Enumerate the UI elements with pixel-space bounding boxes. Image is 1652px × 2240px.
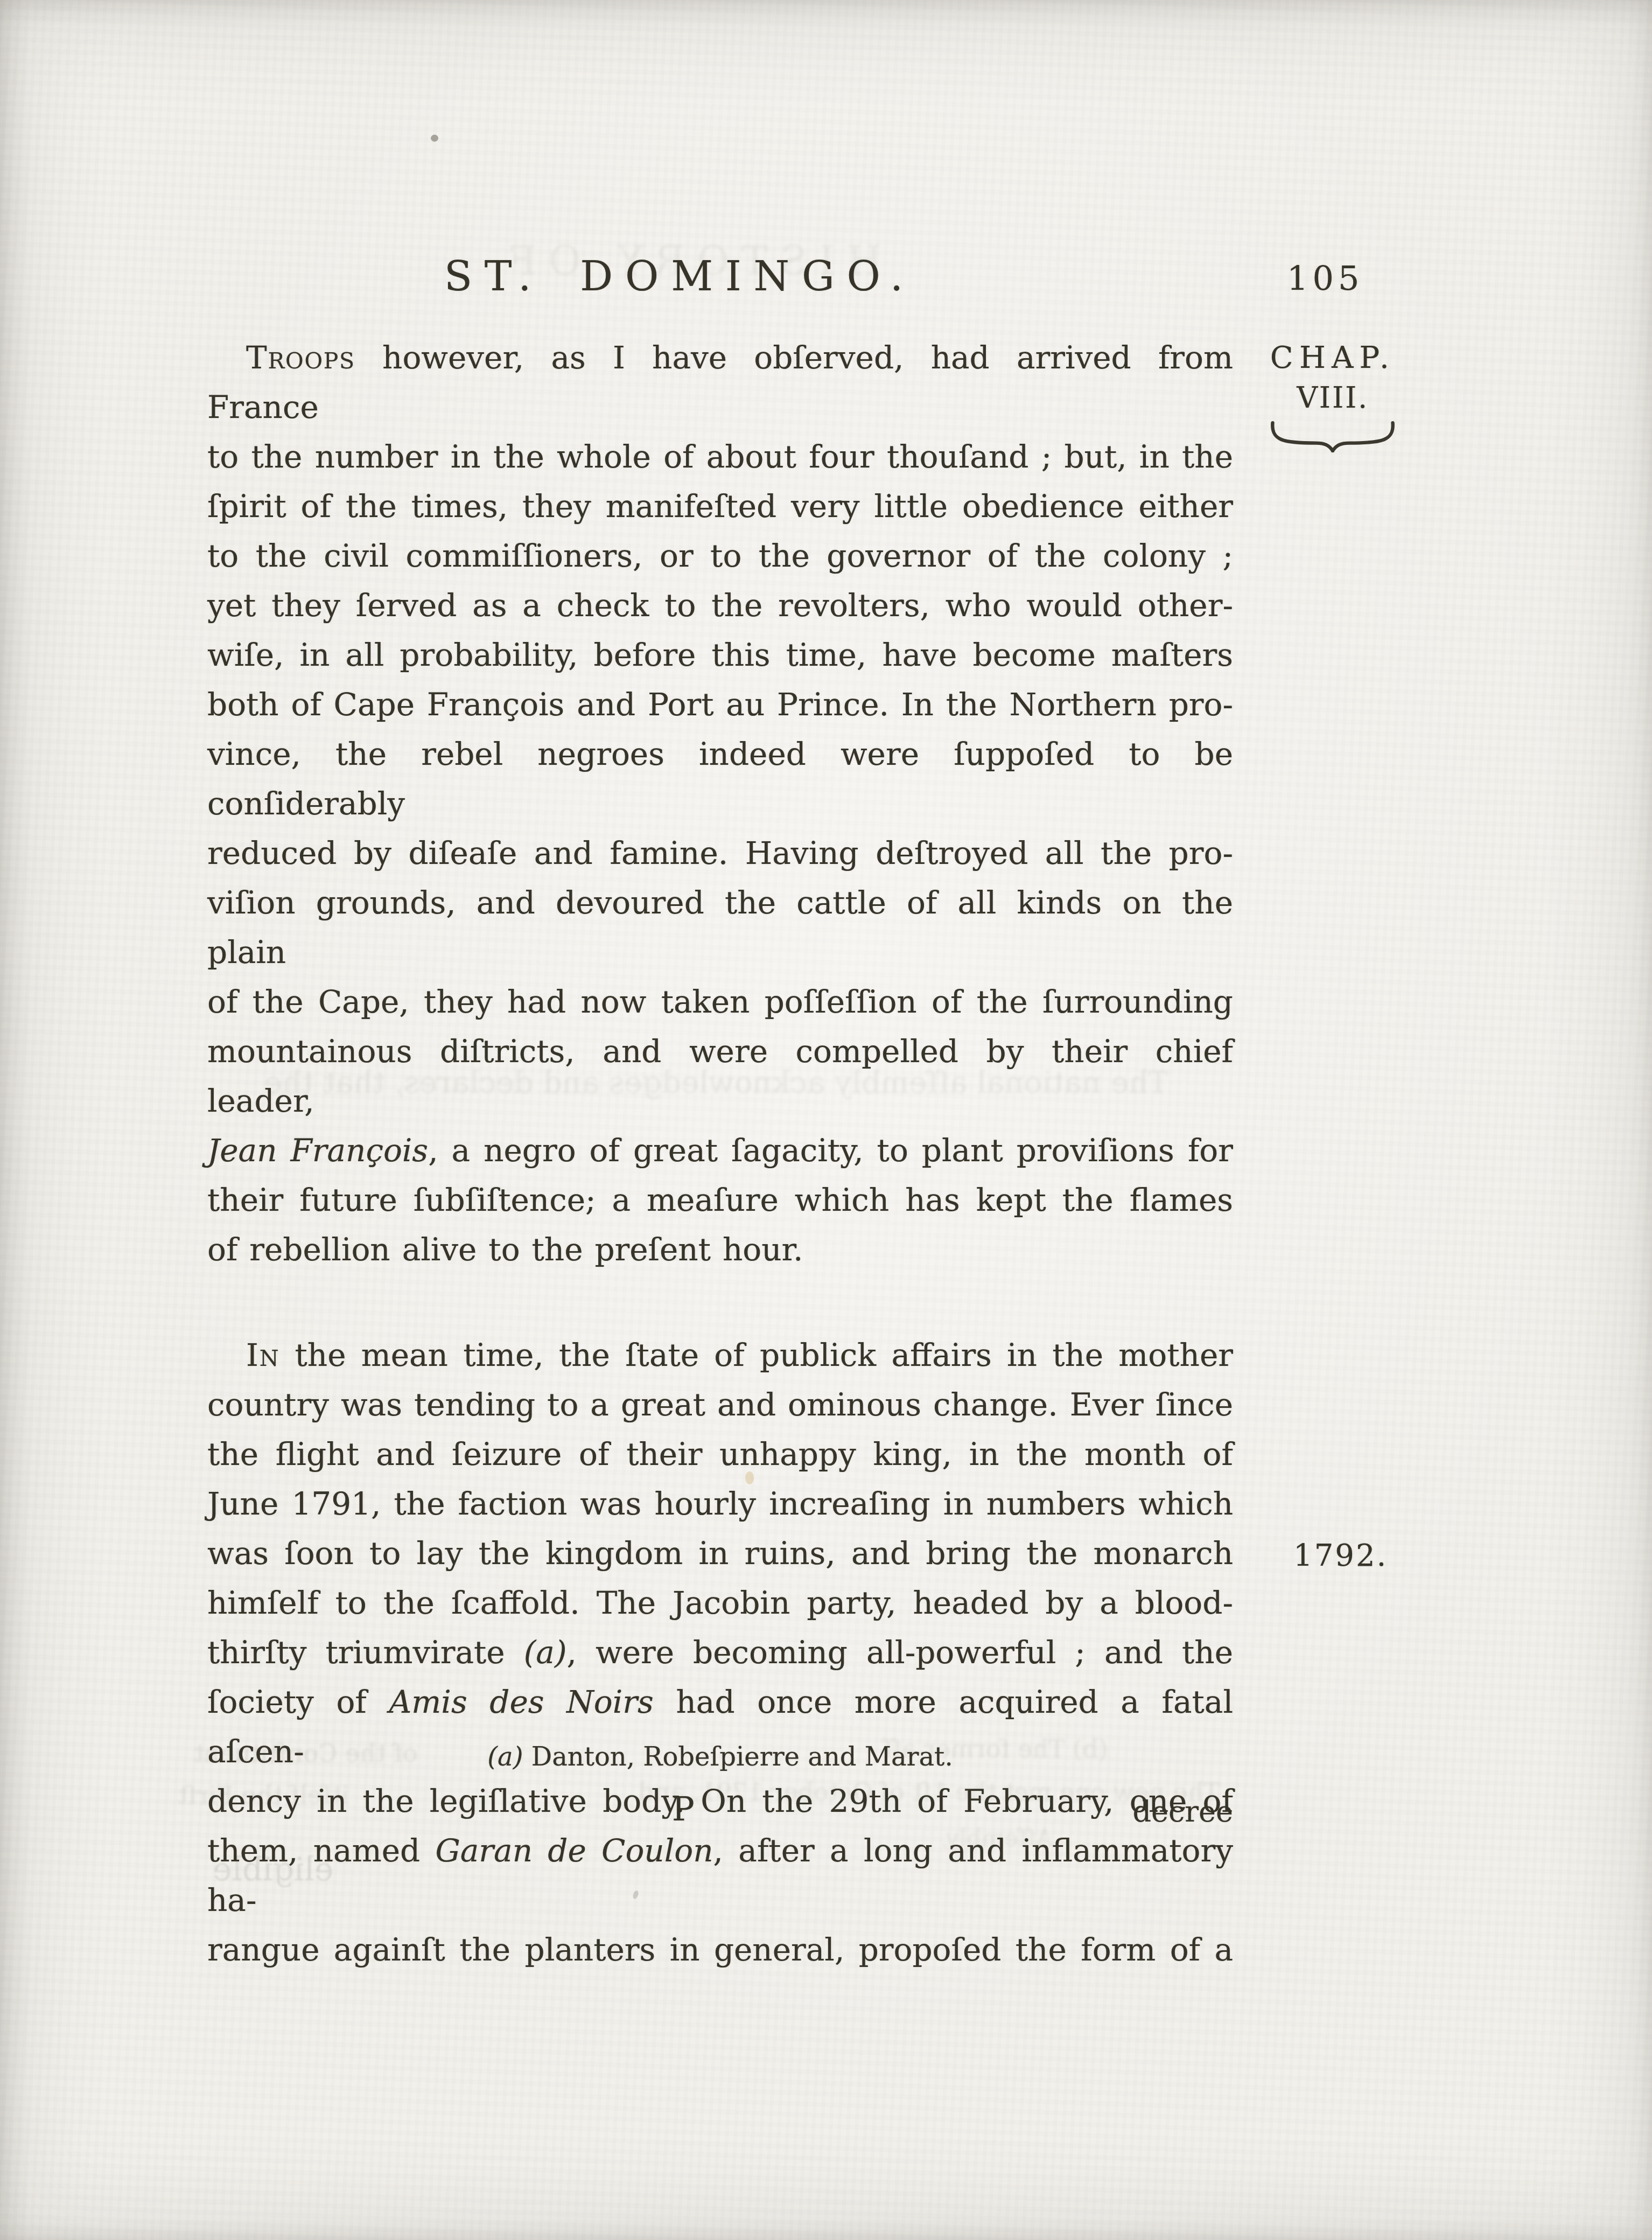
running-head: ST. DOMINGO. [167,252,1193,300]
text-line: June 1791, the faction was hourly increa… [207,1479,1233,1529]
page-number: 105 [1287,259,1363,298]
text-line: reduced by diſeaſe and famine. Having de… [207,828,1233,878]
text-line: vince, the rebel negroes indeed were ſup… [207,729,1233,828]
text-line: wiſe, in all probability, before this ti… [207,630,1233,680]
text-line: was ſoon to lay the kingdom in ruins, an… [207,1529,1233,1578]
footnote: (a) Danton, Robeſpierre and Marat. [207,1742,1233,1772]
catchword: decree [207,1795,1233,1829]
text-line: In the mean time, the ſtate of publick a… [207,1330,1233,1380]
text-line: Jean François, a negro of great ſagacity… [207,1126,1233,1175]
paper-stain [745,1471,754,1484]
text-line: mountainous diſtricts, and were compelle… [207,1027,1233,1126]
body-paragraph: In the mean time, the ſtate of publick a… [207,1330,1233,1974]
text-line: to the number in the whole of about four… [207,432,1233,482]
chapter-margin-note: CHAP. VIII. [1255,340,1411,455]
text-line: them, named Garan de Coulon, after a lon… [207,1826,1233,1925]
text-line: country was tending to a great and omino… [207,1380,1233,1429]
text-line: viſion grounds, and devoured the cattle … [207,878,1233,977]
chapter-numeral: VIII. [1255,381,1411,415]
text-line: thirſty triumvirate (a), were becoming a… [207,1628,1233,1677]
body-paragraph: Troops however, as I have obſerved, had … [207,333,1233,1274]
text-line: to the civil commiſſioners, or to the go… [207,531,1233,581]
text-line: rangue againſt the planters in general, … [207,1925,1233,1974]
text-line: the flight and ſeizure of their unhappy … [207,1429,1233,1479]
text-line: their future ſubſiſtence; a meaſure whic… [207,1175,1233,1225]
text-block: Troops however, as I have obſerved, had … [207,333,1233,1974]
text-line: yet they ſerved as a check to the revolt… [207,581,1233,630]
text-line: Troops however, as I have obſerved, had … [207,333,1233,432]
ink-speck [431,135,438,142]
chapter-label: CHAP. [1255,340,1411,375]
text-line: himſelf to the ſcaffold. The Jacobin par… [207,1578,1233,1628]
book-page-scan: HISTORY OF The national aſſembly acknowl… [0,0,1652,2240]
chapter-brace-ornament [1255,418,1411,455]
margin-year-note: 1792. [1293,1538,1388,1573]
text-line: ſpirit of the times, they manifeſted ver… [207,482,1233,531]
text-line: of the Cape, they had now taken poſſeſſi… [207,977,1233,1027]
text-line: of rebellion alive to the preſent hour. [207,1225,1233,1274]
text-line: both of Cape François and Port au Prince… [207,680,1233,729]
